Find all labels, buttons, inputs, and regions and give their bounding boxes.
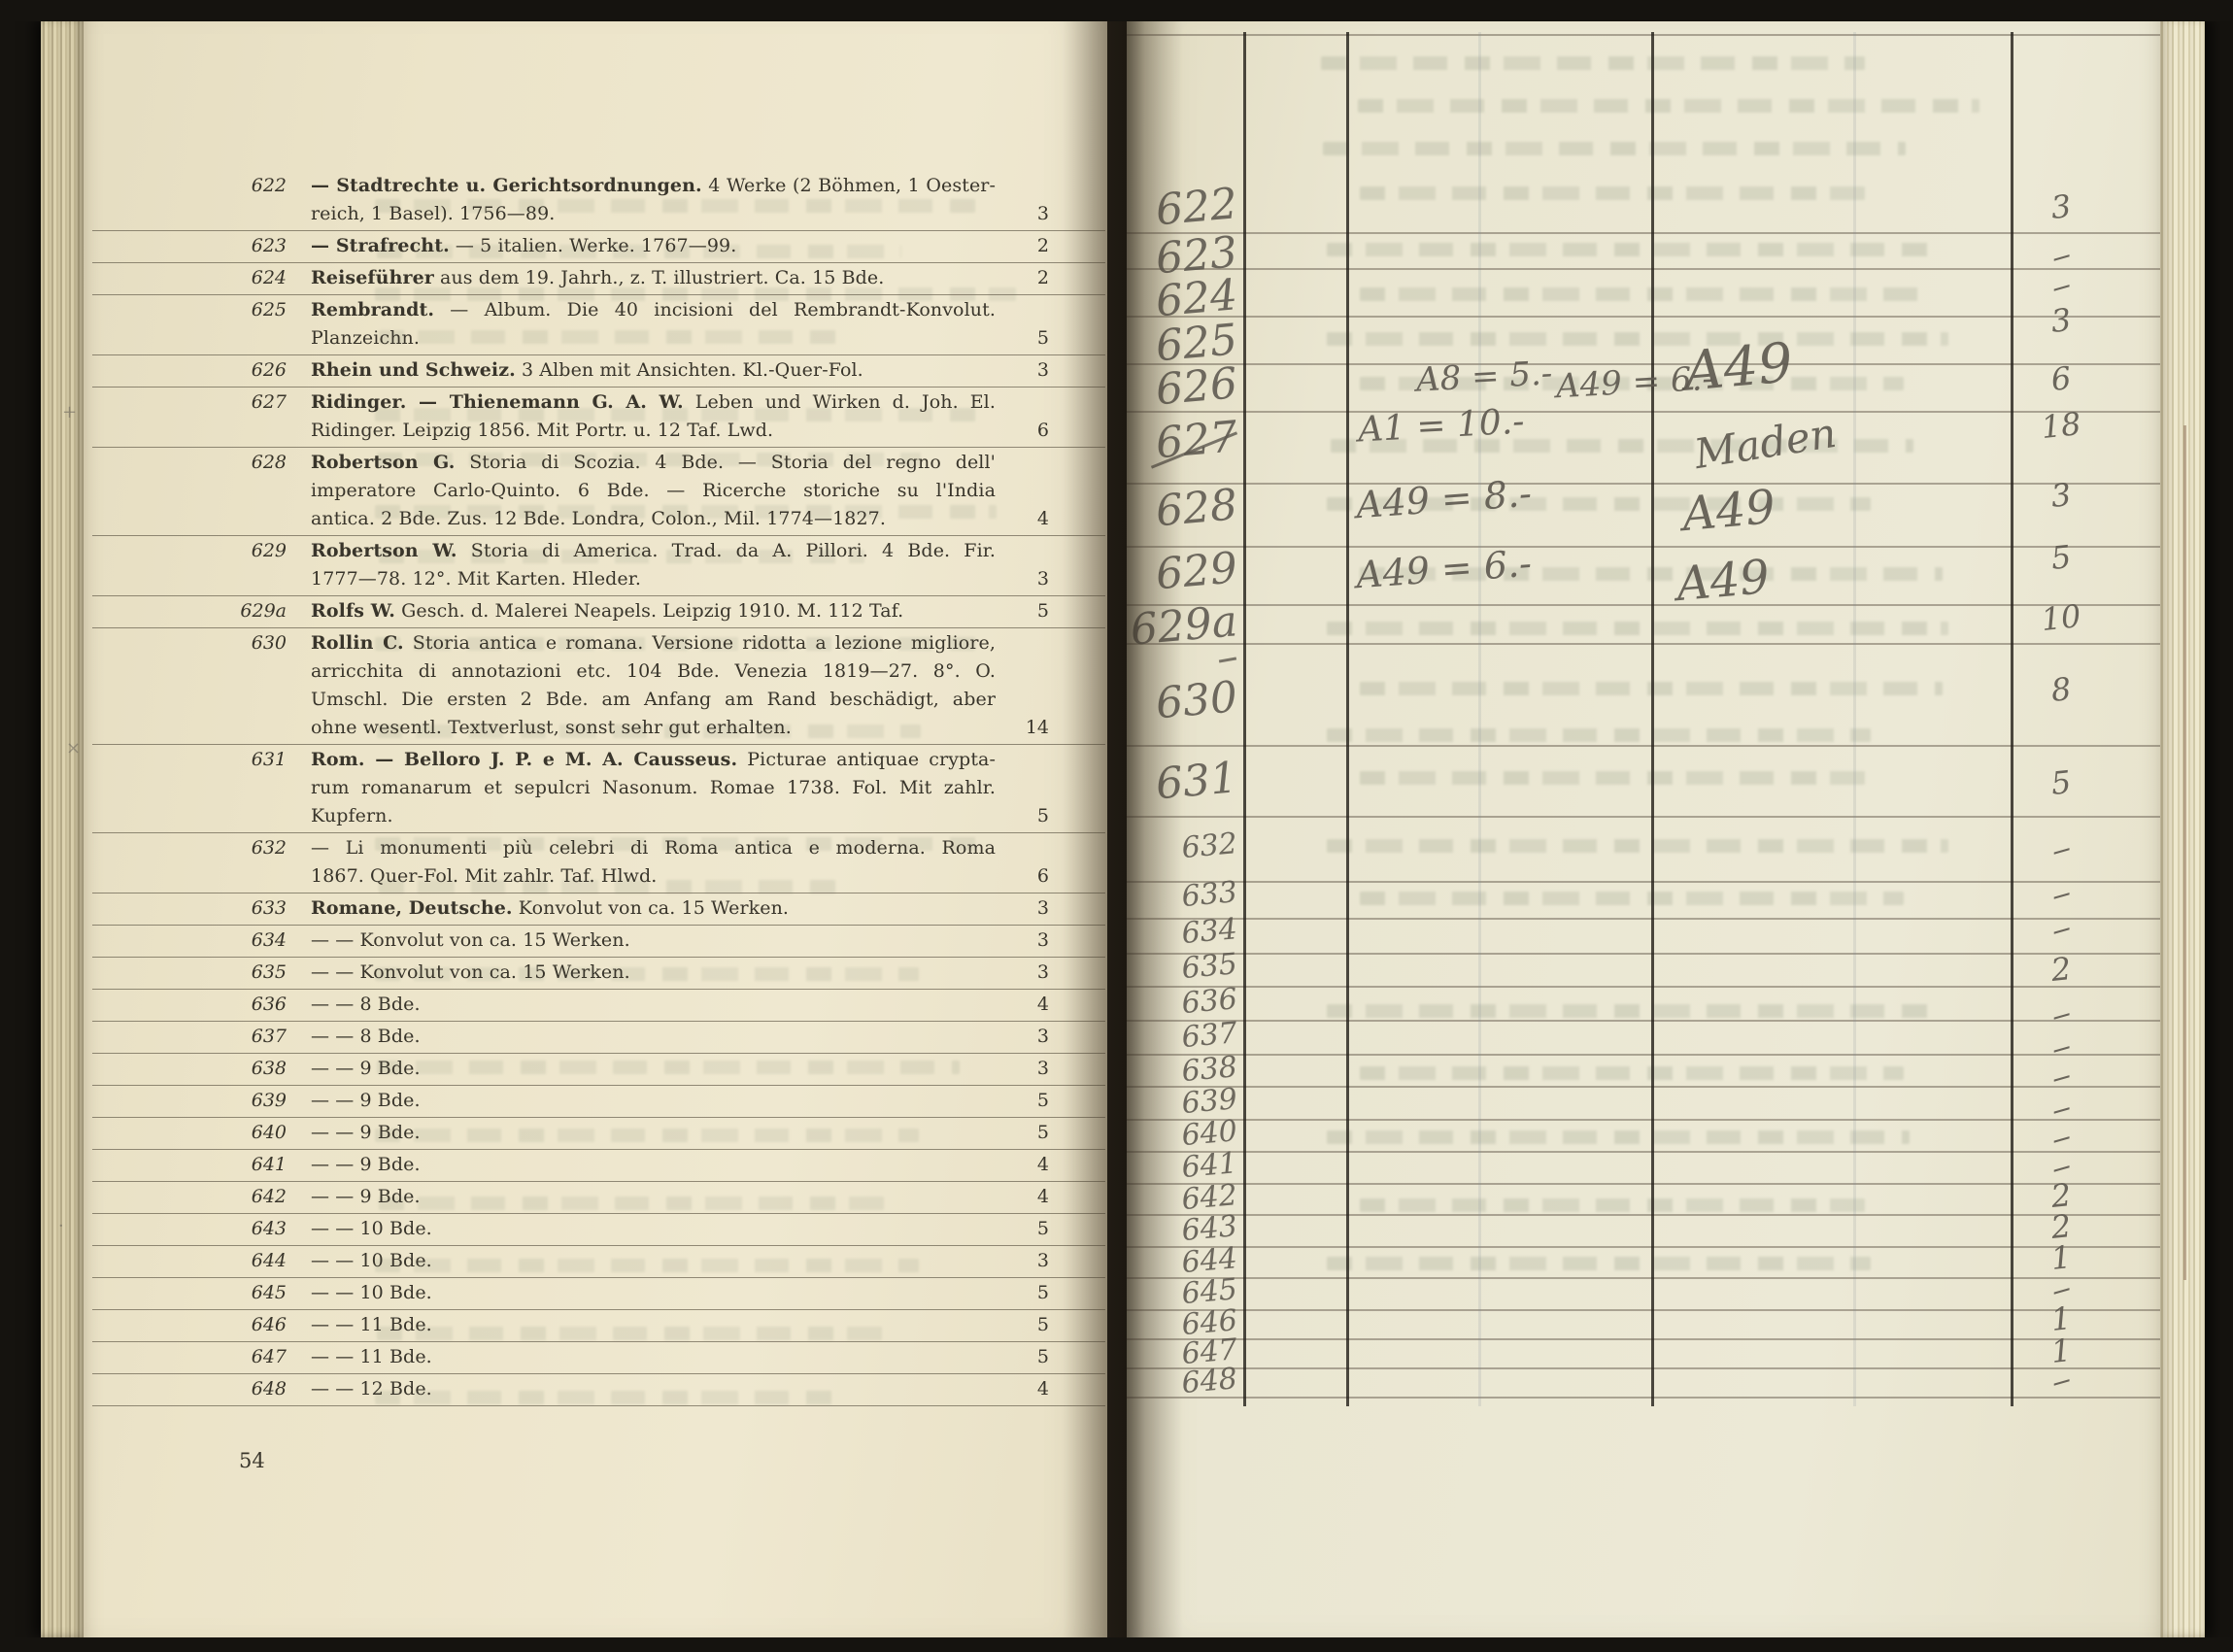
entry-description: — — 9 Bde. — [311, 1055, 996, 1083]
entry-text-line: — — 10 Bde. — [311, 1279, 996, 1307]
entry-lot-number: 637 — [92, 1023, 311, 1051]
price-note: A49 = 6.- — [1355, 542, 1534, 597]
page-edge-stack-left — [41, 17, 85, 1637]
entry-text-segment: Konvolut von ca. 15 Werken. — [513, 897, 789, 919]
entry-description: Rolfs W. Gesch. d. Malerei Neapels. Leip… — [311, 597, 996, 625]
entry-quantity: 3 — [996, 172, 1049, 228]
entry-lot-number: 623 — [92, 232, 311, 260]
tally-mark: 10 — [2011, 595, 2111, 640]
catalog-entry-row: 631 Rom. — Belloro J. P. e M. A. Causseu… — [92, 745, 1105, 833]
catalog-entry-row: 645 — — 10 Bde. 5 — [92, 1278, 1105, 1310]
entry-bold-lead: — Stadtrechte u. Gerichtsordnungen. — [311, 175, 702, 196]
entry-lot-number: 634 — [92, 927, 311, 955]
ledger-vline — [1243, 32, 1246, 1406]
entry-text-line: Rom. — Belloro J. P. e M. A. Causseus. P… — [311, 746, 996, 774]
catalog-entry-row: 640 — — 9 Bde. 5 — [92, 1118, 1105, 1150]
entry-text-line: reich, 1 Basel). 1756—89. — [311, 200, 996, 228]
bleed-through-line — [1358, 99, 1979, 113]
tally-mark: 18 — [2011, 403, 2111, 448]
entry-description: — — Konvolut von ca. 15 Werken. — [311, 927, 996, 955]
ledger-hline — [1127, 411, 2160, 413]
entry-text-line: Umschl. Die ersten 2 Bde. am Anfang am R… — [311, 686, 996, 714]
bleed-through-line — [1321, 56, 1865, 70]
catalog-entry-row: 638 — — 9 Bde. 3 — [92, 1054, 1105, 1086]
entry-quantity: 5 — [996, 1215, 1049, 1243]
entry-quantity: 4 — [996, 1375, 1049, 1403]
ledger-vline-showthrough — [1478, 32, 1481, 1406]
ledger-hline — [1127, 34, 2160, 36]
entry-lot-number: 622 — [92, 172, 311, 228]
entry-quantity: 6 — [996, 388, 1049, 445]
auction-code-note: Maden — [1691, 409, 1840, 478]
entry-text-segment: Gesch. d. Malerei Neapels. Leipzig 1910.… — [395, 600, 903, 622]
bleed-through-line — [1360, 287, 1923, 301]
ledger-hline — [1127, 1367, 2160, 1369]
entry-description: Reiseführer aus dem 19. Jahrh., z. T. il… — [311, 264, 996, 292]
entry-text-segment: — — 11 Bde. — [311, 1346, 432, 1367]
entry-bold-lead: Robertson W. — [311, 540, 457, 561]
catalog-entry-row: 629a Rolfs W. Gesch. d. Malerei Neapels.… — [92, 596, 1105, 628]
catalog-entry-row: 622 — Stadtrechte u. Gerichtsordnungen. … — [92, 171, 1105, 231]
entry-quantity: 4 — [996, 449, 1049, 533]
bleed-through-line — [1327, 728, 1871, 742]
entry-description: Rembrandt. — Album. Die 40 incisioni del… — [311, 296, 996, 353]
tally-mark: 3 — [2011, 473, 2111, 518]
tally-mark: 8 — [2011, 667, 2111, 712]
entry-lot-number: 632 — [92, 834, 311, 891]
entry-description: — — 12 Bde. — [311, 1375, 996, 1403]
margin-pencil-mark: × — [66, 738, 81, 759]
entry-description: Rollin C. Storia antica e romana. Versio… — [311, 629, 996, 742]
entry-bold-lead: Reiseführer — [311, 267, 434, 288]
entry-lot-number: 626 — [92, 356, 311, 385]
entry-quantity: 3 — [996, 1247, 1049, 1275]
entry-text-segment: — — 9 Bde. — [311, 1154, 421, 1175]
entry-quantity: 4 — [996, 991, 1049, 1019]
page-edge-stack-right — [2158, 17, 2205, 1637]
entry-text-segment: — — 8 Bde. — [311, 994, 421, 1015]
ledger-hline — [1127, 816, 2160, 818]
entry-description: — — 9 Bde. — [311, 1087, 996, 1115]
entry-quantity: 3 — [996, 356, 1049, 385]
entry-text-line: — — 8 Bde. — [311, 991, 996, 1019]
entry-bold-lead: Rembrandt. — [311, 299, 434, 320]
small-dash-mark — [1219, 657, 1236, 662]
right-ledger-page: 6223623–624–62536266A8 = 5.-A49 = 6.-A49… — [1127, 0, 2160, 1652]
entry-text-segment: — 5 italien. Werke. 1767—99. — [450, 235, 737, 256]
entry-lot-number: 631 — [92, 746, 311, 830]
entry-lot-number: 648 — [92, 1375, 311, 1403]
entry-lot-number: 642 — [92, 1183, 311, 1211]
entry-text-segment: imperatore Carlo-Quinto. 6 Bde. — Ricerc… — [311, 480, 996, 501]
entry-lot-number: 640 — [92, 1119, 311, 1147]
entry-description: — — 9 Bde. — [311, 1183, 996, 1211]
entry-quantity: 5 — [996, 296, 1049, 353]
ledger-hline — [1127, 604, 2160, 606]
entry-lot-number: 636 — [92, 991, 311, 1019]
entry-quantity: 3 — [996, 894, 1049, 923]
entry-text-segment: 4 Werke (2 Böhmen, 1 Oester- — [702, 175, 996, 196]
handwritten-lot-number: 629 — [1127, 546, 1239, 600]
bleed-through-line — [1360, 892, 1904, 905]
entry-quantity: 3 — [996, 1055, 1049, 1083]
bleed-through-line — [1323, 142, 1906, 155]
catalog-entry-row: 629 Robertson W. Storia di America. Trad… — [92, 536, 1105, 596]
entry-text-line: 1867. Quer-Fol. Mit zahlr. Taf. Hlwd. — [311, 862, 996, 891]
bleed-through-line — [1360, 771, 1865, 785]
catalog-entry-row: 624 Reiseführer aus dem 19. Jahrh., z. T… — [92, 263, 1105, 295]
entry-quantity: 2 — [996, 232, 1049, 260]
entry-text-line: — — 9 Bde. — [311, 1055, 996, 1083]
entry-text-line: Robertson G. Storia di Scozia. 4 Bde. — … — [311, 449, 996, 477]
entry-quantity: 2 — [996, 264, 1049, 292]
entry-text-line: Romane, Deutsche. Konvolut von ca. 15 We… — [311, 894, 996, 923]
entry-text-line: — — 9 Bde. — [311, 1087, 996, 1115]
catalog-entry-row: 634 — — Konvolut von ca. 15 Werken. 3 — [92, 926, 1105, 958]
ledger-hline — [1127, 232, 2160, 234]
entry-bold-lead: Robertson G. — [311, 452, 455, 473]
entry-text-segment: — — 10 Bde. — [311, 1250, 432, 1271]
bleed-through-line — [1327, 243, 1929, 256]
handwritten-lot-number: 629a — [1127, 599, 1239, 654]
entry-lot-number: 639 — [92, 1087, 311, 1115]
entry-text-segment: — — Konvolut von ca. 15 Werken. — [311, 929, 630, 951]
ledger-hline — [1127, 316, 2160, 318]
entry-text-segment: — Li monumenti più celebri di Roma antic… — [311, 837, 996, 859]
entry-bold-lead: Rollin C. — [311, 632, 404, 654]
entry-text-line: — Strafrecht. — 5 italien. Werke. 1767—9… — [311, 232, 996, 260]
background-top — [0, 0, 2233, 21]
entry-text-segment: — — 10 Bde. — [311, 1282, 432, 1303]
handwritten-lot-number: 626 — [1127, 361, 1239, 416]
page-edge-streak — [2183, 425, 2186, 1280]
entry-text-line: — — Konvolut von ca. 15 Werken. — [311, 927, 996, 955]
entry-text-line: — — 9 Bde. — [311, 1119, 996, 1147]
entry-lot-number: 635 — [92, 959, 311, 987]
entry-lot-number: 641 — [92, 1151, 311, 1179]
catalog-entry-row: 633 Romane, Deutsche. Konvolut von ca. 1… — [92, 893, 1105, 926]
handwritten-lot-number: 628 — [1127, 483, 1239, 537]
entry-text-line: Planzeichn. — [311, 324, 996, 353]
entry-text-line: Ridinger. — Thienemann G. A. W. Leben un… — [311, 388, 996, 417]
entry-description: — — 9 Bde. — [311, 1151, 996, 1179]
left-catalog-page: 622 — Stadtrechte u. Gerichtsordnungen. … — [84, 0, 1107, 1652]
entry-text-segment: ohne wesentl. Textverlust, sonst sehr gu… — [311, 717, 792, 738]
entry-text-segment: 1777—78. 12°. Mit Karten. Hleder. — [311, 568, 641, 590]
price-note: A49 = 8.- — [1355, 472, 1534, 527]
page-number: 54 — [239, 1449, 265, 1472]
entry-description: — — 9 Bde. — [311, 1119, 996, 1147]
entry-text-segment: Storia di Scozia. 4 Bde. — Storia del re… — [455, 452, 996, 473]
catalog-entry-row: 639 — — 9 Bde. 5 — [92, 1086, 1105, 1118]
entry-quantity: 3 — [996, 1023, 1049, 1051]
entry-lot-number: 628 — [92, 449, 311, 533]
entry-text-line: — — 10 Bde. — [311, 1247, 996, 1275]
entry-lot-number: 647 — [92, 1343, 311, 1371]
entry-text-line: — — 9 Bde. — [311, 1183, 996, 1211]
entry-description: — Stadtrechte u. Gerichtsordnungen. 4 We… — [311, 172, 996, 228]
entry-quantity: 4 — [996, 1151, 1049, 1179]
entry-text-line: Rollin C. Storia antica e romana. Versio… — [311, 629, 996, 657]
entry-text-segment: Ridinger. Leipzig 1856. Mit Portr. u. 12… — [311, 420, 773, 441]
entry-bold-lead: Rolfs W. — [311, 600, 395, 622]
entry-text-line: Rhein und Schweiz. 3 Alben mit Ansichten… — [311, 356, 996, 385]
auction-code-note: A49 — [1681, 331, 1795, 403]
ledger-vline-showthrough — [1853, 32, 1856, 1406]
entry-text-segment: — Album. Die 40 incisioni del Rembrandt-… — [434, 299, 996, 320]
catalog-entry-row: 637 — — 8 Bde. 3 — [92, 1022, 1105, 1054]
entry-description: — — 10 Bde. — [311, 1279, 996, 1307]
entry-lot-number: 646 — [92, 1311, 311, 1339]
background-bottom — [0, 1637, 2233, 1652]
bleed-through-line — [1360, 186, 1865, 200]
catalog-entry-row: 644 — — 10 Bde. 3 — [92, 1246, 1105, 1278]
entry-lot-number: 644 — [92, 1247, 311, 1275]
bleed-through-line — [1327, 1004, 1929, 1018]
entry-description: Robertson G. Storia di Scozia. 4 Bde. — … — [311, 449, 996, 533]
entry-text-segment: — — 8 Bde. — [311, 1026, 421, 1047]
auction-code-note: A49 — [1675, 550, 1772, 612]
entry-description: Romane, Deutsche. Konvolut von ca. 15 We… — [311, 894, 996, 923]
entry-text-line: — — 11 Bde. — [311, 1343, 996, 1371]
entry-bold-lead: — Strafrecht. — [311, 235, 450, 256]
entry-quantity: 3 — [996, 537, 1049, 593]
ledger-hline — [1127, 1277, 2160, 1279]
entry-bold-lead: Romane, Deutsche. — [311, 897, 513, 919]
catalog-entry-row: 647 — — 11 Bde. 5 — [92, 1342, 1105, 1374]
entry-quantity: 5 — [996, 597, 1049, 625]
entry-text-segment: Planzeichn. — [311, 327, 420, 349]
catalog-entry-row: 635 — — Konvolut von ca. 15 Werken. 3 — [92, 958, 1105, 990]
entry-lot-number: 625 — [92, 296, 311, 353]
entry-lot-number: 630 — [92, 629, 311, 742]
entry-bold-lead: Ridinger. — Thienemann G. A. W. — [311, 391, 684, 413]
entry-text-line: Rembrandt. — Album. Die 40 incisioni del… — [311, 296, 996, 324]
price-note: A8 = 5.- — [1415, 354, 1553, 399]
entry-lot-number: 638 — [92, 1055, 311, 1083]
entry-quantity: 3 — [996, 959, 1049, 987]
handwritten-lot-number: 632 — [1128, 828, 1238, 869]
entry-text-line: — — 11 Bde. — [311, 1311, 996, 1339]
entry-text-segment: — — 10 Bde. — [311, 1218, 432, 1239]
handwritten-lot-number: 633 — [1128, 877, 1238, 918]
entry-text-segment: arricchita di annotazioni etc. 104 Bde. … — [311, 660, 996, 682]
entry-quantity: 5 — [996, 746, 1049, 830]
bleed-through-line — [1327, 1257, 1871, 1270]
entry-text-line: Reiseführer aus dem 19. Jahrh., z. T. il… — [311, 264, 996, 292]
ledger-vline — [1346, 32, 1349, 1406]
entry-text-segment: Picturae antiquae crypta- — [737, 749, 996, 770]
entry-quantity: 3 — [996, 927, 1049, 955]
catalog-entry-row: 632 — Li monumenti più celebri di Roma a… — [92, 833, 1105, 893]
entry-text-segment: — — 9 Bde. — [311, 1122, 421, 1143]
entry-quantity: 5 — [996, 1311, 1049, 1339]
entry-description: — — 11 Bde. — [311, 1311, 996, 1339]
entry-description: — — Konvolut von ca. 15 Werken. — [311, 959, 996, 987]
tally-mark: 5 — [2011, 760, 2111, 805]
entry-text-line: — — 10 Bde. — [311, 1215, 996, 1243]
catalog-entry-row: 626 Rhein und Schweiz. 3 Alben mit Ansic… — [92, 355, 1105, 388]
ledger-hline — [1127, 483, 2160, 485]
entry-text-segment: 3 Alben mit Ansichten. Kl.-Quer-Fol. — [516, 359, 863, 381]
entry-text-segment: Umschl. Die ersten 2 Bde. am Anfang am R… — [311, 689, 996, 710]
entry-description: — — 8 Bde. — [311, 1023, 996, 1051]
entry-lot-number: 645 — [92, 1279, 311, 1307]
tally-mark: 3 — [2011, 185, 2111, 229]
ledger-hline — [1127, 546, 2160, 548]
catalog-entries: 622 — Stadtrechte u. Gerichtsordnungen. … — [92, 165, 1105, 1406]
entry-text-line: Rolfs W. Gesch. d. Malerei Neapels. Leip… — [311, 597, 996, 625]
entry-quantity: 5 — [996, 1119, 1049, 1147]
auction-code-note: A49 — [1680, 480, 1777, 542]
entry-lot-number: 633 — [92, 894, 311, 923]
catalog-entry-row: 643 — — 10 Bde. 5 — [92, 1214, 1105, 1246]
entry-text-segment: rum romanarum et sepulcri Nasonum. Romae… — [311, 777, 996, 798]
entry-description: Rom. — Belloro J. P. e M. A. Causseus. P… — [311, 746, 996, 830]
entry-text-line: — Stadtrechte u. Gerichtsordnungen. 4 We… — [311, 172, 996, 200]
entry-text-segment: — — 9 Bde. — [311, 1090, 421, 1111]
entry-description: Robertson W. Storia di America. Trad. da… — [311, 537, 996, 593]
entry-text-line: Kupfern. — [311, 802, 996, 830]
entry-text-segment: — — 11 Bde. — [311, 1314, 432, 1335]
entry-text-segment: — — 9 Bde. — [311, 1186, 421, 1207]
catalog-entry-row: 636 — — 8 Bde. 4 — [92, 990, 1105, 1022]
entry-quantity: 5 — [996, 1279, 1049, 1307]
entry-text-line: — — Konvolut von ca. 15 Werken. — [311, 959, 996, 987]
entry-text-line: ohne wesentl. Textverlust, sonst sehr gu… — [311, 714, 996, 742]
ledger-hline — [1127, 1214, 2160, 1216]
entry-text-segment: 1867. Quer-Fol. Mit zahlr. Taf. Hlwd. — [311, 865, 657, 887]
ledger-hline — [1127, 643, 2160, 645]
entry-text-line: — — 9 Bde. — [311, 1151, 996, 1179]
catalog-entry-row: 642 — — 9 Bde. 4 — [92, 1182, 1105, 1214]
entry-text-segment: Storia antica e romana. Versione ridotta… — [404, 632, 996, 654]
entry-description: — Li monumenti più celebri di Roma antic… — [311, 834, 996, 891]
entry-text-line: arricchita di annotazioni etc. 104 Bde. … — [311, 657, 996, 686]
entry-quantity: 4 — [996, 1183, 1049, 1211]
entry-text-line: Robertson W. Storia di America. Trad. da… — [311, 537, 996, 565]
entry-text-line: imperatore Carlo-Quinto. 6 Bde. — Ricerc… — [311, 477, 996, 505]
entry-lot-number: 627 — [92, 388, 311, 445]
entry-bold-lead: Rhein und Schweiz. — [311, 359, 516, 381]
entry-description: — — 11 Bde. — [311, 1343, 996, 1371]
entry-quantity: 6 — [996, 834, 1049, 891]
ledger-hline — [1127, 881, 2160, 883]
ledger-vline — [1651, 32, 1654, 1406]
entry-lot-number: 643 — [92, 1215, 311, 1243]
entry-text-line: — — 12 Bde. — [311, 1375, 996, 1403]
entry-text-segment: Leben und Wirken d. Joh. El. — [684, 391, 996, 413]
entry-bold-lead: Rom. — Belloro J. P. e M. A. Causseus. — [311, 749, 737, 770]
entry-text-line: 1777—78. 12°. Mit Karten. Hleder. — [311, 565, 996, 593]
entry-text-line: — Li monumenti più celebri di Roma antic… — [311, 834, 996, 862]
entry-text-segment: — — 12 Bde. — [311, 1378, 432, 1399]
entry-quantity: 5 — [996, 1343, 1049, 1371]
bleed-through-line — [1360, 1066, 1904, 1080]
entry-lot-number: 629a — [92, 597, 311, 625]
catalog-entry-row: 630 Rollin C. Storia antica e romana. Ve… — [92, 628, 1105, 745]
entry-text-line: antica. 2 Bde. Zus. 12 Bde. Londra, Colo… — [311, 505, 996, 533]
ledger-hline — [1127, 1246, 2160, 1248]
entry-lot-number: 624 — [92, 264, 311, 292]
handwritten-lot-number: 630 — [1127, 675, 1239, 729]
bleed-through-line — [1360, 1198, 1865, 1212]
entry-quantity: 5 — [996, 1087, 1049, 1115]
entry-lot-number: 629 — [92, 537, 311, 593]
tally-mark: 5 — [2011, 535, 2111, 580]
entry-text-segment: Kupfern. — [311, 805, 393, 826]
entry-text-segment: antica. 2 Bde. Zus. 12 Bde. Londra, Colo… — [311, 508, 886, 529]
margin-pencil-mark: · — [58, 1216, 64, 1236]
ledger-hline — [1127, 986, 2160, 988]
entry-text-line: — — 8 Bde. — [311, 1023, 996, 1051]
bleed-through-line — [1327, 1130, 1910, 1144]
catalog-entry-row: 627 Ridinger. — Thienemann G. A. W. Lebe… — [92, 388, 1105, 448]
handwritten-lot-number: 631 — [1127, 756, 1239, 810]
entry-text-segment: — — 9 Bde. — [311, 1058, 421, 1079]
entry-text-line: Ridinger. Leipzig 1856. Mit Portr. u. 12… — [311, 417, 996, 445]
catalog-entry-row: 641 — — 9 Bde. 4 — [92, 1150, 1105, 1182]
handwritten-lot-number: 627 — [1127, 415, 1239, 469]
ledger-hline — [1127, 745, 2160, 747]
entry-text-line: rum romanarum et sepulcri Nasonum. Romae… — [311, 774, 996, 802]
entry-description: Ridinger. — Thienemann G. A. W. Leben un… — [311, 388, 996, 445]
entry-quantity: 14 — [996, 629, 1049, 742]
entry-text-segment: aus dem 19. Jahrh., z. T. illustriert. C… — [434, 267, 885, 288]
entry-description: — — 8 Bde. — [311, 991, 996, 1019]
entry-description: — Strafrecht. — 5 italien. Werke. 1767—9… — [311, 232, 996, 260]
entry-description: — — 10 Bde. — [311, 1247, 996, 1275]
entry-text-segment: reich, 1 Basel). 1756—89. — [311, 203, 555, 224]
entry-text-segment: Storia di America. Trad. da A. Pillori. … — [457, 540, 996, 561]
entry-text-segment: — — Konvolut von ca. 15 Werken. — [311, 961, 630, 983]
margin-pencil-mark: + — [62, 402, 77, 422]
catalog-entry-row: 628 Robertson G. Storia di Scozia. 4 Bde… — [92, 448, 1105, 536]
catalog-entry-row: 625 Rembrandt. — Album. Die 40 incisioni… — [92, 295, 1105, 355]
catalog-entry-row: 648 — — 12 Bde. 4 — [92, 1374, 1105, 1406]
entry-description: Rhein und Schweiz. 3 Alben mit Ansichten… — [311, 356, 996, 385]
catalog-entry-row: 646 — — 11 Bde. 5 — [92, 1310, 1105, 1342]
ledger-hline — [1127, 1338, 2160, 1340]
entry-description: — — 10 Bde. — [311, 1215, 996, 1243]
catalog-entry-row: 623 — Strafrecht. — 5 italien. Werke. 17… — [92, 231, 1105, 263]
